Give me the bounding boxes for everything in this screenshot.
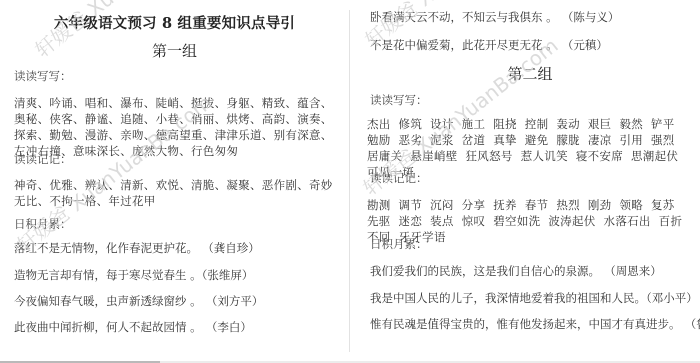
quote-text: 卧看满天云不动，不知云与我俱东 。 [370, 10, 558, 24]
quote-author: （鲁迅） [691, 317, 700, 331]
quote-text: 不是花中偏爱菊，此花开尽更无花 。 [370, 38, 558, 52]
right-page: 卧看满天云不动，不知云与我俱东 。（陈与义） 不是花中偏爱菊，此花开尽更无花 。… [350, 0, 700, 357]
group1-read-remember-words: 神奇、优雅、辨认、清新、欢悦、清脆、凝聚、恶作剧、奇妙无比、不拘一格、年过花甲 [14, 177, 336, 209]
group1-read-remember-label: 读读记记： [14, 151, 72, 167]
group2-read-write-label: 读读写写： [370, 92, 428, 108]
group2-accumulate-label: 日积月累： [370, 236, 428, 252]
quote-author: （李白） [212, 320, 252, 334]
group2-title: 第二组 [350, 63, 700, 84]
group1-read-write-words: 清爽、吟诵、唱和、瀑布、陡峭、挺拔、身躯、精致、蕴含、奥秘、侠客、静谧、追随、小… [14, 95, 336, 159]
quote-text: 我们爱我们的民族，这是我们自信心的泉源。 [370, 264, 600, 278]
group1-title: 第一组 [0, 40, 349, 61]
quote-author: （张维屏） [202, 268, 254, 282]
group2-read-remember-label: 读读记记： [370, 170, 428, 186]
group1-cont-quote-2: 不是花中偏爱菊，此花开尽更无花 。（元稹） [370, 37, 608, 53]
quote-author: （陈与义） [568, 10, 620, 24]
quote-text: 惟有民魂是值得宝贵的，惟有他发扬起来，中国才有真进步。 [370, 317, 681, 331]
quote-text: 此夜曲中闻折柳，何人不起故园情 。 [14, 320, 202, 334]
quote-text: 我是中国人民的儿子，我深情地爱着我的祖国和人民。 [370, 291, 646, 305]
quote-author: （邓小平） [646, 291, 698, 305]
quote-author: （龚自珍） [208, 241, 260, 255]
group1-read-write-label: 读读写写： [14, 68, 72, 84]
group2-quote-3: 惟有民魂是值得宝贵的，惟有他发扬起来，中国才有真进步。（鲁迅） [370, 316, 700, 332]
quote-author: （刘方平） [212, 294, 264, 308]
group1-quote-2: 造物无言却有情，每于寒尽觉春生 。（张维屏） [14, 267, 253, 283]
group2-quote-2: 我是中国人民的儿子，我深情地爱着我的祖国和人民。（邓小平） [370, 290, 698, 306]
quote-text: 造物无言却有情，每于寒尽觉春生 。 [14, 268, 202, 282]
group1-quote-1: 落红不是无情物，化作春泥更护花。（龚自珍） [14, 240, 260, 256]
left-page: 六年级语文预习 8 组重要知识点导引 第一组 读读写写： 清爽、吟诵、唱和、瀑布… [0, 0, 349, 357]
group1-quote-4: 此夜曲中闻折柳，何人不起故园情 。（李白） [14, 319, 252, 335]
group1-accumulate-label: 日积月累： [14, 216, 72, 232]
quote-author: （周恩来） [610, 264, 662, 278]
document-title: 六年级语文预习 8 组重要知识点导引 [0, 12, 349, 33]
group2-quote-1: 我们爱我们的民族，这是我们自信心的泉源。（周恩来） [370, 263, 662, 279]
group1-cont-quote-1: 卧看满天云不动，不知云与我俱东 。（陈与义） [370, 9, 619, 25]
quote-text: 今夜偏知春气暖，虫声新透绿窗纱 。 [14, 294, 202, 308]
quote-author: （元稹） [568, 38, 608, 52]
quote-text: 落红不是无情物，化作春泥更护花。 [14, 241, 198, 255]
group1-quote-3: 今夜偏知春气暖，虫声新透绿窗纱 。（刘方平） [14, 293, 263, 309]
